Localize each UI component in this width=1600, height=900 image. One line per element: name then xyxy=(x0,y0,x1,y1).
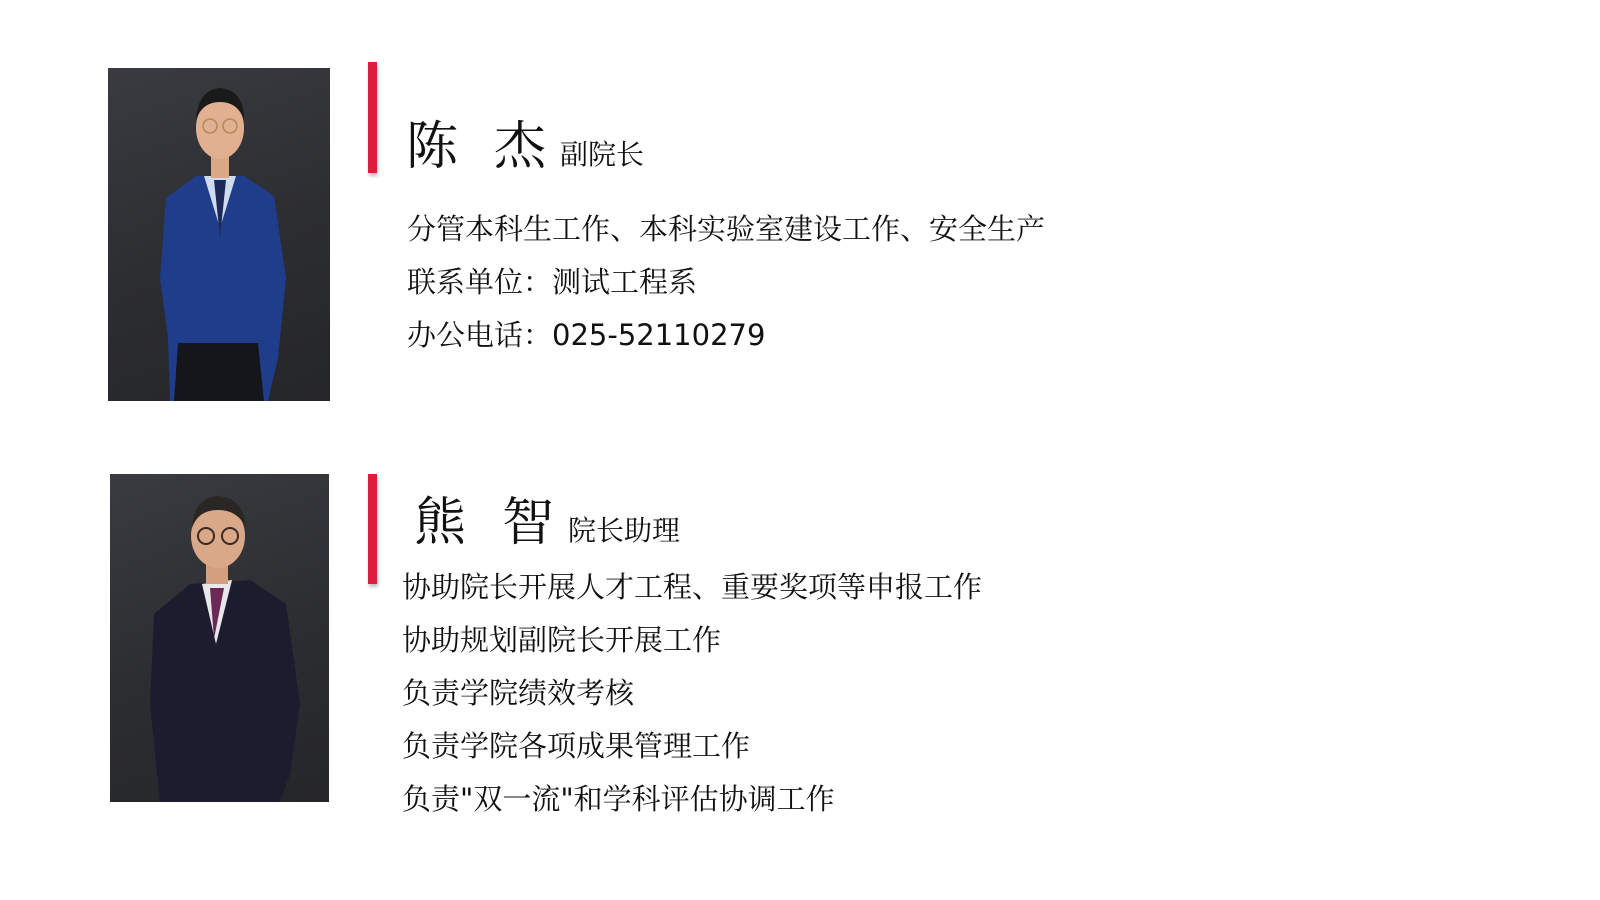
duties-list: 协助院长开展人才工程、重要奖项等申报工作 协助规划副院长开展工作 负责学院绩效考… xyxy=(402,561,982,826)
person-title: 副院长 xyxy=(560,133,644,173)
duty-line: 协助规划副院长开展工作 xyxy=(402,614,982,667)
name-char: 智 xyxy=(502,493,554,553)
accent-bar xyxy=(368,62,377,173)
duty-line: 分管本科生工作、本科实验室建设工作、安全生产 xyxy=(407,203,1045,256)
duty-line: 负责"双一流"和学科评估协调工作 xyxy=(402,773,982,826)
person-title: 院长助理 xyxy=(568,509,680,549)
person-heading: 陈杰 副院长 xyxy=(406,104,644,179)
person-silhouette-icon xyxy=(108,68,330,401)
person-name: 陈杰 xyxy=(406,104,546,179)
duty-line: 协助院长开展人才工程、重要奖项等申报工作 xyxy=(402,561,982,614)
portrait-photo-xiong-zhi xyxy=(110,474,329,802)
duties-list: 分管本科生工作、本科实验室建设工作、安全生产 联系单位：测试工程系 办公电话：0… xyxy=(407,203,1045,362)
portrait-photo-chen-jie xyxy=(108,68,330,401)
person-silhouette-icon xyxy=(110,474,329,802)
accent-bar xyxy=(368,474,377,584)
name-char: 陈 xyxy=(406,117,458,177)
contact-unit: 联系单位：测试工程系 xyxy=(407,256,1045,309)
office-phone: 办公电话：025-52110279 xyxy=(407,309,1045,362)
name-char: 杰 xyxy=(494,117,546,177)
person-heading: 熊智 院长助理 xyxy=(414,480,680,555)
duty-line: 负责学院绩效考核 xyxy=(402,667,982,720)
person-name: 熊智 xyxy=(414,480,554,555)
duty-line: 负责学院各项成果管理工作 xyxy=(402,720,982,773)
name-char: 熊 xyxy=(414,493,466,553)
